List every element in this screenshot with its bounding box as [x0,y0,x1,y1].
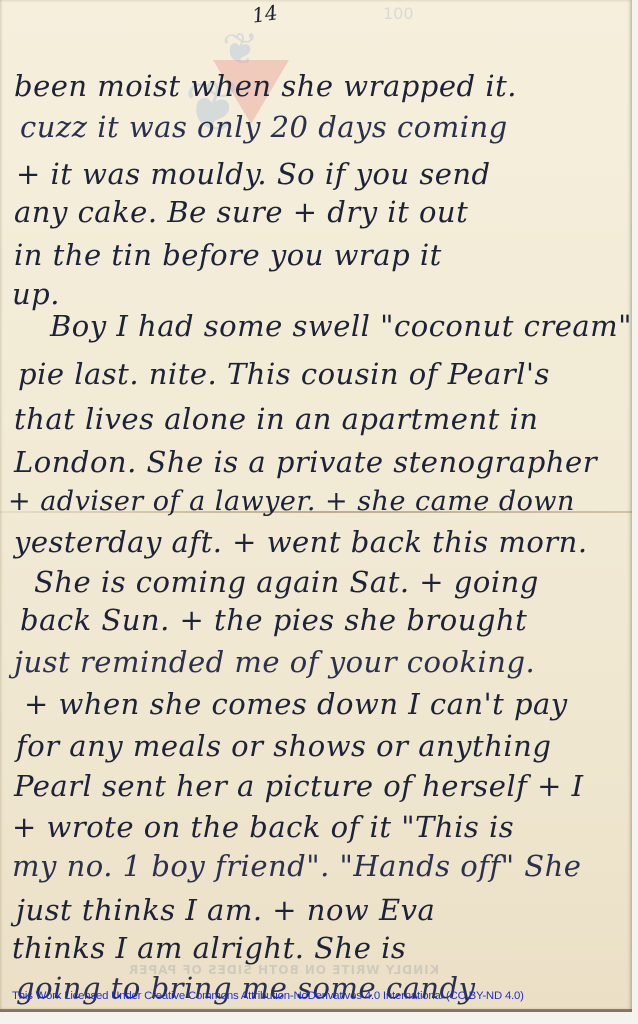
letter-line: + wrote on the back of it "This is [12,813,514,842]
letter-line: just thinks I am. + now Eva [16,896,435,925]
letter-line: back Sun. + the pies she brought [20,606,527,635]
letter-line: in the tin before you wrap it [14,241,442,270]
letter-line: my no. 1 boy friend". "Hands off" She [12,852,581,881]
letter-line: up. [12,280,60,309]
license-notice: This Work Licensed Under Creative Common… [12,990,524,1002]
letter-line: thinks I am alright. She is [12,934,406,963]
page-number: 14 [250,0,279,27]
stamp-mark: 100 [383,4,414,23]
letter-line: for any meals or shows or anything [16,732,551,761]
letter-line: + adviser of a lawyer. + she came down [8,488,575,515]
letter-line: pie last. nite. This cousin of Pearl's [18,360,550,389]
letter-page: ❦ ❦ 14 100 KINDLY WRITE ON BOTH SIDES OF… [0,0,632,1012]
letter-line: been moist when she wrapped it. [14,72,517,101]
letter-line: Boy I had some swell "coconut cream" [50,312,632,341]
letter-line: cuzz it was only 20 days coming [20,113,508,142]
letter-line: She is coming again Sat. + going [34,568,539,597]
letter-line: just reminded me of your cooking. [14,648,535,677]
letter-line: that lives alone in an apartment in [14,405,538,434]
letter-line: yesterday aft. + went back this morn. [14,528,588,557]
letter-line: + when she comes down I can't pay [24,690,568,719]
letter-line: any cake. Be sure + dry it out [14,198,468,227]
letter-line: London. She is a private stenographer [14,448,597,477]
letter-line: Pearl sent her a picture of herself + I [14,772,584,801]
letter-line: + it was mouldy. So if you send [16,160,491,189]
